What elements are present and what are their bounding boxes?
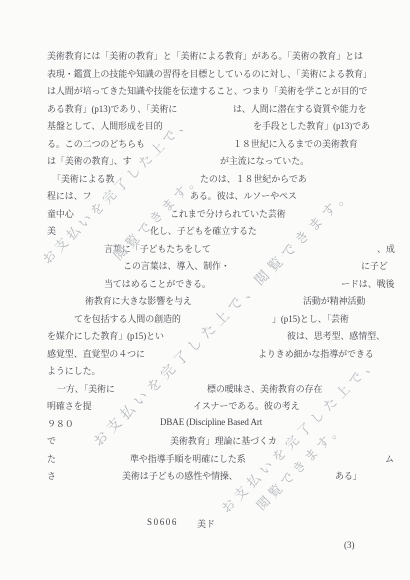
text-line: た準や指導手順を明確にした系ム (0, 452, 410, 465)
text-segment: を手段とした教育」(p13)であ (253, 119, 370, 132)
text-line: る。この二つのどちらも１８世紀に入るまでの美術教育 (0, 137, 410, 150)
text-segment: が主流になっていた。 (220, 154, 309, 167)
text-segment: 標の曖昧さ、美術教育の存在 (207, 382, 322, 395)
text-segment: 感覚型、直覚型の４つに (47, 347, 145, 360)
text-segment: は、人間に潜在する資質や能力を (233, 102, 367, 115)
text-line: 童中心これまで分けられていた芸術 (0, 207, 410, 220)
text-line: てを包括する人間の創造的」(p15)とし、「芸術 (0, 312, 410, 325)
text-segment: ードは、戦後 (341, 277, 394, 290)
text-segment: 準や指導手順を明確にした系 (130, 452, 246, 465)
text-segment: 表現・鑑賞上の技能や知識の習得を目標としているのに対し、「美術による教育」 (47, 67, 372, 80)
text-line: 美術教育には「美術の教育」と「美術による教育」がある。「美術の教育」とは (0, 49, 410, 62)
text-segment: は「美術の教育」、す (47, 154, 132, 167)
text-line: 表現・鑑賞上の技能や知識の習得を目標としているのに対し、「美術による教育」 (0, 67, 410, 80)
text-segment: 彼は、思考型、感情型、 (287, 329, 385, 342)
text-segment: 美術は子どもの感性や情操、 (122, 469, 238, 482)
text-segment: 美術教育には「美術の教育」と「美術による教育」がある。「美術の教育」とは (47, 49, 363, 62)
text-line: ようにした。 (0, 364, 410, 377)
text-segment: 活動が精神活動 (303, 294, 365, 307)
text-segment: １８世紀に入るまでの美術教育 (233, 137, 358, 150)
text-segment: 童中心 (47, 207, 74, 220)
text-line: 美化し、子どもを確立するた (0, 224, 410, 237)
text-segment: 術教育に大きな影響を与え (85, 294, 192, 307)
text-segment: 当てはめることができる。 (104, 277, 211, 290)
text-segment: さ (47, 469, 56, 482)
text-segment: この言葉は、導入、制作・ (123, 259, 230, 272)
text-segment: 明確さを提 (47, 399, 92, 412)
text-segment: たのは、１８世紀からであ (200, 172, 307, 185)
text-line: 術教育に大きな影響を与え活動が精神活動 (0, 294, 410, 307)
text-segment: 言葉に「子どもたちをして (104, 242, 211, 255)
text-line: 基盤として、人間形成を目的を手段とした教育」(p13)であ (0, 119, 410, 132)
text-line: 明確さを提イスナーである。彼の考え (0, 399, 410, 412)
text-segment: DBAE (Discipline Based Art (160, 417, 262, 427)
footer-course-code: S0606 (147, 517, 178, 527)
text-segment: 一方、「美術に (57, 382, 115, 395)
text-line: を媒介にした教育」(p15)とい彼は、思考型、感情型、 (0, 329, 410, 342)
text-segment: 美 (47, 224, 56, 237)
text-segment: る。この二つのどちらも (47, 137, 145, 150)
scanned-document-page: 美術教育には「美術の教育」と「美術による教育」がある。「美術の教育」とは表現・鑑… (0, 0, 410, 580)
text-segment: 化し、子どもを確立するた (150, 224, 257, 237)
text-line: 言葉に「子どもたちをして、成 (0, 242, 410, 255)
text-segment: てを包括する人間の創造的 (74, 312, 181, 325)
text-line: この言葉は、導入、制作・に子ど (0, 259, 410, 272)
text-line: ９８０DBAE (Discipline Based Art (0, 417, 410, 430)
text-segment: を媒介にした教育」(p15)とい (47, 329, 164, 342)
text-segment: よりきめ細かな指導ができる (258, 347, 374, 360)
text-segment: ある教育」(p13)であり、「美術に (47, 102, 177, 115)
text-line: は人間が培ってきた知識や技能を伝達すること、つまり「美術を学ことが目的で (0, 84, 410, 97)
text-line: 一方、「美術に標の曖昧さ、美術教育の存在 (0, 382, 410, 395)
text-segment: ９８０ (47, 417, 74, 430)
text-line: さ美術は子どもの感性や情操、ある」 (0, 469, 410, 482)
text-line: 感覚型、直覚型の４つによりきめ細かな指導ができる (0, 347, 410, 360)
text-segment: イスナーである。彼の考え (193, 399, 300, 412)
text-segment: は人間が培ってきた知識や技能を伝達すること、つまり「美術を学ことが目的で (47, 84, 367, 97)
footer-course-title: 美ド (197, 517, 215, 530)
text-segment: 程には、フ (47, 189, 92, 202)
text-segment: ようにした。 (47, 364, 100, 377)
text-segment: 基盤として、人間形成を目的 (47, 119, 163, 132)
text-segment: 」(p15)とし、「芸術 (272, 312, 349, 325)
text-line: ある教育」(p13)であり、「美術には、人間に潜在する資質や能力を (0, 102, 410, 115)
text-segment: 、成 (377, 242, 395, 255)
text-segment: た (47, 452, 56, 465)
text-line: 程には、フある。彼は、ルソーやペス (0, 189, 410, 202)
text-segment: ある。彼は、ルソーやペス (190, 189, 297, 202)
text-line: 「美術による教たのは、１８世紀からであ (0, 172, 410, 185)
text-line: は「美術の教育」、すが主流になっていた。 (0, 154, 410, 167)
text-segment: で (47, 434, 56, 447)
text-segment: に子ど (361, 259, 388, 272)
text-segment: 美術教育」理論に基づくカ (170, 434, 277, 447)
text-segment: ム (385, 452, 394, 465)
text-segment: 「美術による教 (52, 172, 114, 185)
body-text-layer: 美術教育には「美術の教育」と「美術による教育」がある。「美術の教育」とは表現・鑑… (0, 0, 410, 580)
text-line: 当てはめることができる。ードは、戦後 (0, 277, 410, 290)
text-line: で美術教育」理論に基づくカ (0, 434, 410, 447)
text-segment: これまで分けられていた芸術 (170, 207, 286, 220)
text-segment: ある」 (335, 469, 362, 482)
page-number: (3) (344, 540, 355, 550)
